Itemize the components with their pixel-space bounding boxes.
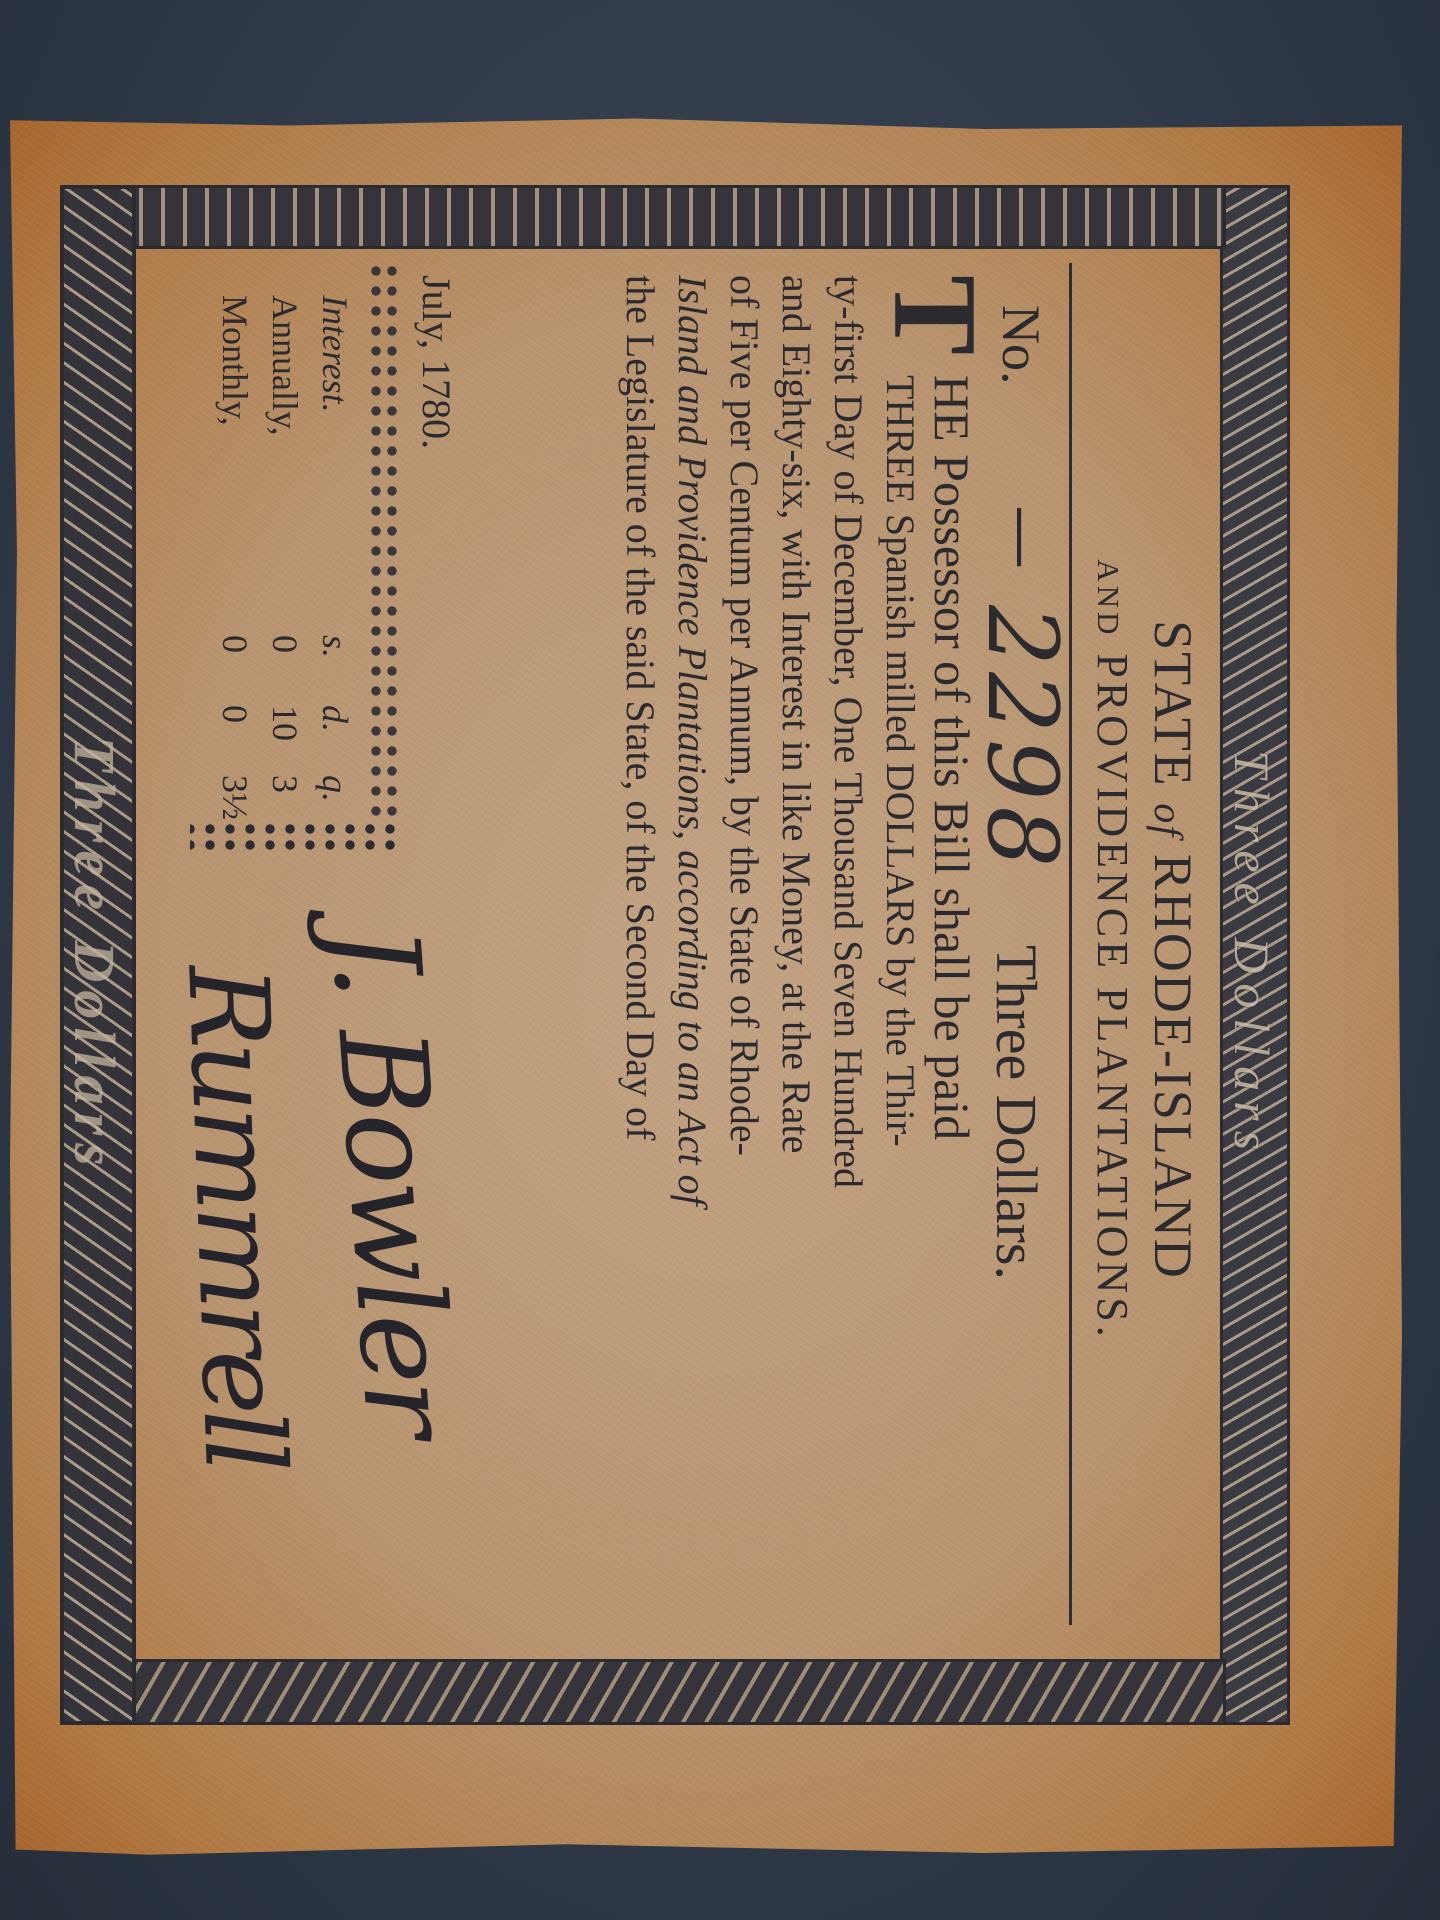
banknote: Three Dollars Three Dollars STATE of RHO… [60,185,1290,1725]
body-line: HE Possessor of this Bill shall be paid [926,275,978,1625]
serial-number: 2298 [966,605,1078,873]
body-line: ty-first Day of December, One Thousand S… [822,275,874,1625]
top-ornamental-border: Three Dollars [1220,185,1290,1725]
denomination-text: Three Dollars. [983,945,1050,1280]
signature-2: Rummrell [163,963,308,1469]
interest-cell: 3½ [210,775,260,820]
serial-dash: — [986,505,1060,569]
ornamental-dot-row [368,261,400,821]
bottom-border-denomination: Three Dollars [61,189,128,1721]
interest-header-farthings: q. [310,775,360,802]
interest-row-monthly: Monthly, 0 0 3½ [210,295,260,815]
signature-1: J. Bowler [303,921,477,1438]
left-ornamental-border [126,185,1226,249]
right-ornamental-border [126,1659,1226,1725]
heading-rhode-island: RHODE-ISLAND [1143,854,1203,1280]
interest-cell: 0 [210,635,260,653]
interest-table: Interest. s. d. q. Annually, 0 10 3 Mont… [210,295,360,815]
body-line: THREE Spanish milled DOLLARS by the Thir… [874,275,926,1625]
interest-cell: 0 [210,705,260,723]
body-line: of Five per Centum per Annum, by the Sta… [718,275,770,1625]
plantations-heading: and PROVIDENCE PLANTATIONS. [1087,255,1138,1645]
note-body-text: HE Possessor of this Bill shall be paid … [614,275,978,1625]
interest-header-label: Interest. [310,295,360,413]
interest-row-label: Annually, [260,295,310,436]
body-line: and Eighty-six, with Interest in like Mo… [770,275,822,1625]
issue-date: July, 1780. [413,275,460,449]
interest-cell: 10 [260,705,310,741]
top-border-denomination: Three Dollars [1223,188,1281,1722]
state-heading: STATE of RHODE-ISLAND [1142,255,1204,1645]
body-line: Island and Providence Plantations, accor… [666,275,718,1625]
interest-row-annually: Annually, 0 10 3 [260,295,310,815]
ornamental-dot-column [190,821,400,853]
interest-cell: 3 [260,775,310,793]
interest-cell: 0 [260,635,310,653]
heading-state: STATE [1143,620,1203,788]
serial-row: No. — 2298 Three Dollars. [984,305,1060,1635]
interest-header-pence: d. [310,705,360,732]
interest-row-label: Monthly, [210,295,260,426]
divider-rule [1069,263,1072,1625]
body-line: the Legislature of the said State, of th… [614,275,666,1625]
interest-header-shillings: s. [310,635,360,658]
bottom-ornamental-border: Three Dollars [60,185,136,1725]
interest-header-row: Interest. s. d. q. [310,295,360,815]
heading-of: of [1146,803,1191,838]
